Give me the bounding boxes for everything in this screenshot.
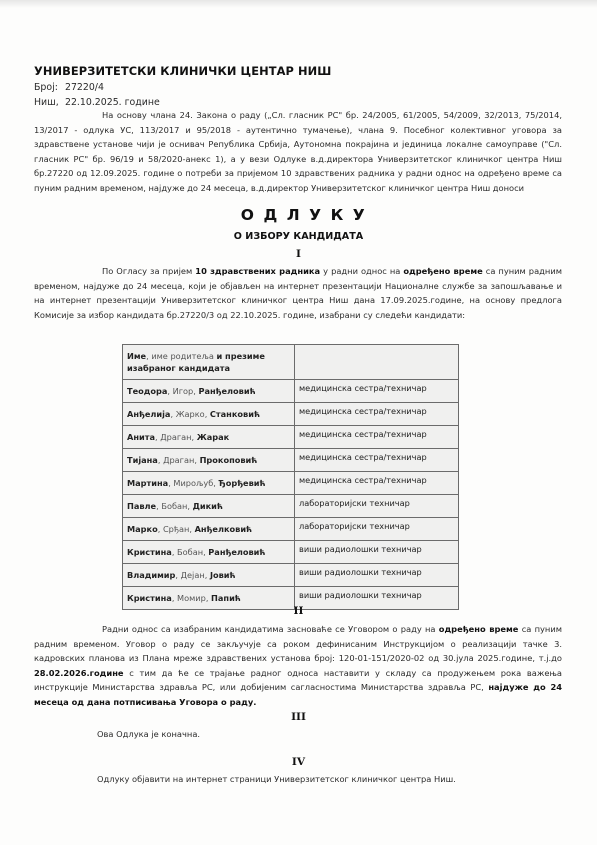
paragraph-segment: одређено време (403, 266, 482, 276)
last-name: Ђорђевић (219, 478, 266, 488)
position-cell: лабораторијски техничар (295, 495, 459, 518)
parent-name: Драган (160, 432, 191, 442)
paragraph-segment: Радни однос са изабраним кандидатима зас… (102, 624, 439, 634)
parent-name: Срђан (163, 524, 189, 534)
last-name: Жарак (197, 432, 230, 442)
paragraph-segment: у радни однос на (320, 266, 403, 276)
parent-name: Жарко (176, 409, 205, 419)
position-cell: медицинска сестра/техничар (295, 472, 459, 495)
preamble-text: На основу члана 24. Закона о раду („Сл. … (34, 110, 562, 193)
section-numeral-4: IV (0, 756, 597, 768)
candidate-name-cell: Владимир, Дејан, Јовић (123, 564, 295, 587)
table-row: Анђелија, Жарко, Станковићмедицинска сес… (123, 403, 459, 426)
header-cell-name: Име, име родитеља и презиме изабраног ка… (123, 345, 295, 380)
number-value: 27220/4 (65, 82, 104, 93)
first-name: Кристина (127, 547, 172, 557)
position-cell: виши радиолошки техничар (295, 541, 459, 564)
last-name: Ранђеловић (208, 547, 265, 557)
parent-name: Драган (163, 455, 194, 465)
section-1-paragraph: По Огласу за пријем 10 здравствених радн… (34, 264, 562, 322)
table-header-row: Име, име родитеља и презиме изабраног ка… (123, 345, 459, 380)
paragraph-segment: 28.02.2026.године (34, 668, 124, 678)
position-cell: медицинска сестра/техничар (295, 380, 459, 403)
first-name: Тијана (127, 455, 158, 465)
first-name: Анђелија (127, 409, 170, 419)
first-name: Павле (127, 501, 156, 511)
parent-name: Бобан (161, 501, 187, 511)
table-row: Мартина, Мирољуб, Ђорђевићмедицинска сес… (123, 472, 459, 495)
date-value: 22.10.2025. године (65, 97, 160, 108)
first-name: Мартина (127, 478, 168, 488)
table-row: Тијана, Драган, Прокоповићмедицинска сес… (123, 449, 459, 472)
document-subtitle: О ИЗБОРУ КАНДИДАТА (0, 231, 597, 242)
paragraph-segment: По Огласу за пријем (102, 266, 195, 276)
section-numeral-2: II (0, 605, 597, 617)
first-name: Теодора (127, 386, 167, 396)
parent-name: Игор (173, 386, 194, 396)
parent-name: Бобан (177, 547, 203, 557)
place-label: Ниш, (34, 97, 62, 108)
parent-name: Мирољуб (173, 478, 213, 488)
first-name: Анита (127, 432, 155, 442)
last-name: Папић (211, 593, 241, 603)
section-numeral-3: III (0, 711, 597, 723)
section-4-paragraph: Одлуку објавити на интернет страници Уни… (97, 772, 597, 787)
position-cell: лабораторијски техничар (295, 518, 459, 541)
candidate-name-cell: Анђелија, Жарко, Станковић (123, 403, 295, 426)
number-label: Број: (34, 82, 62, 93)
candidate-name-cell: Теодора, Игор, Ранђеловић (123, 380, 295, 403)
first-name: Владимир (127, 570, 175, 580)
paragraph-segment: одређено време (439, 624, 519, 634)
table-row: Владимир, Дејан, Јовићвиши радиолошки те… (123, 564, 459, 587)
last-name: Ранђеловић (198, 386, 255, 396)
position-cell: виши радиолошки техничар (295, 564, 459, 587)
candidate-name-cell: Марко, Срђан, Анђелковић (123, 518, 295, 541)
candidate-name-cell: Анита, Драган, Жарак (123, 426, 295, 449)
position-cell: медицинска сестра/техничар (295, 403, 459, 426)
header-cell-position (295, 345, 459, 380)
parent-name: Дејан (181, 570, 205, 580)
document-number: Број: 27220/4 (34, 82, 104, 93)
parent-name: Момир (177, 593, 206, 603)
candidates-table: Име, име родитеља и презиме изабраног ка… (122, 344, 459, 610)
candidate-name-cell: Тијана, Драган, Прокоповић (123, 449, 295, 472)
first-name: Кристина (127, 593, 172, 603)
preamble-paragraph: На основу члана 24. Закона о раду („Сл. … (34, 108, 562, 196)
section-3-paragraph: Ова Одлука је коначна. (97, 727, 597, 742)
candidate-name-cell: Мартина, Мирољуб, Ђорђевић (123, 472, 295, 495)
organization-name: УНИВЕРЗИТЕТСКИ КЛИНИЧКИ ЦЕНТАР НИШ (34, 64, 331, 78)
document-title: ОДЛУКУ (0, 206, 597, 224)
header-name-bold: Име (127, 351, 146, 361)
table-row: Кристина, Бобан, Ранђеловићвиши радиолош… (123, 541, 459, 564)
candidate-name-cell: Павле, Бобан, Дикић (123, 495, 295, 518)
last-name: Прокоповић (200, 455, 258, 465)
section-numeral-1: I (0, 248, 597, 260)
position-cell: медицинска сестра/техничар (295, 426, 459, 449)
header-parent: , име родитеља (146, 351, 216, 361)
table-row: Теодора, Игор, Ранђеловићмедицинска сест… (123, 380, 459, 403)
last-name: Станковић (210, 409, 260, 419)
document-date: Ниш, 22.10.2025. године (34, 97, 160, 108)
table-row: Марко, Срђан, Анђелковићлабораторијски т… (123, 518, 459, 541)
paragraph-segment: 10 здравствених радника (195, 266, 320, 276)
section-2-paragraph: Радни однос са изабраним кандидатима зас… (34, 622, 562, 710)
candidate-name-cell: Кристина, Бобан, Ранђеловић (123, 541, 295, 564)
last-name: Јовић (210, 570, 236, 580)
last-name: Анђелковић (195, 524, 253, 534)
first-name: Марко (127, 524, 158, 534)
last-name: Дикић (193, 501, 223, 511)
table-row: Павле, Бобан, Дикићлабораторијски технич… (123, 495, 459, 518)
scan-edge (0, 0, 597, 8)
position-cell: медицинска сестра/техничар (295, 449, 459, 472)
table-row: Анита, Драган, Жаракмедицинска сестра/те… (123, 426, 459, 449)
